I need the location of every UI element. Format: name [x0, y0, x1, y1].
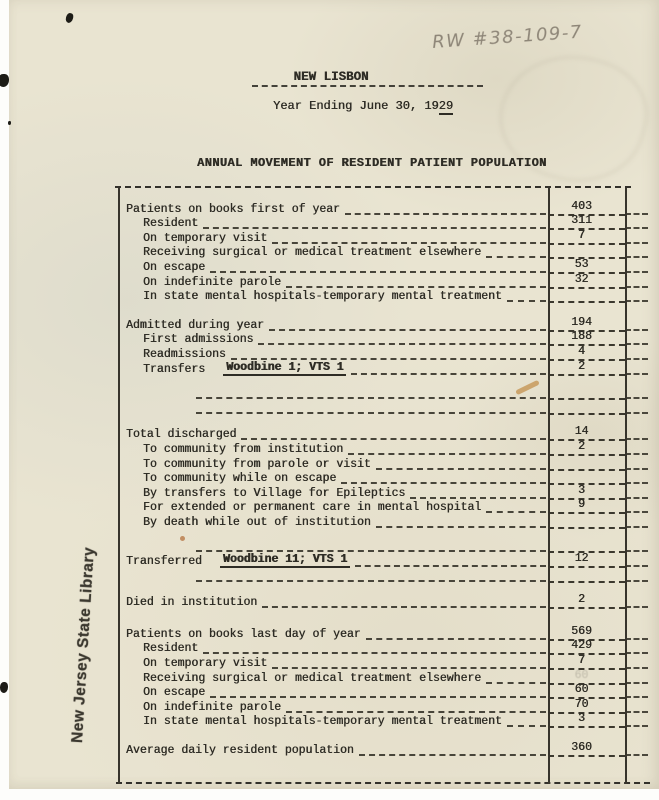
row-label: Receiving surgical or medical treatment …	[118, 672, 481, 685]
row-value: 2	[548, 361, 615, 373]
leader-tail	[625, 638, 648, 640]
leader-line	[210, 271, 546, 273]
row-label: Died in institution	[118, 596, 257, 609]
leader-tail	[625, 667, 648, 669]
leader-line	[486, 511, 546, 513]
row-label: Transfers	[118, 363, 205, 376]
leader-tail	[625, 329, 648, 331]
leader-tail	[625, 682, 648, 684]
leader-line	[376, 468, 546, 470]
table-row: In state mental hospitals-temporary ment…	[118, 714, 648, 729]
leader-line	[203, 652, 546, 654]
leader-line	[272, 242, 546, 244]
leader-tail	[625, 652, 648, 654]
leader-tail	[625, 482, 648, 484]
table-row: In state mental hospitals-temporary ment…	[118, 289, 648, 304]
leader-tail	[625, 397, 648, 399]
leader-line	[486, 682, 546, 684]
value-cell: 3	[548, 712, 625, 729]
leader-tail	[625, 497, 648, 499]
value-cell: 360	[548, 740, 625, 757]
leader-line	[196, 412, 546, 414]
document-subtitle: Year Ending June 30, 1929	[273, 99, 453, 113]
leader-line	[486, 256, 546, 258]
value-cell	[548, 398, 625, 415]
row-value: 311	[548, 215, 615, 227]
row-label: Total discharged	[118, 428, 236, 441]
table-row: TransfersWoodbine 1; VTS 12	[118, 361, 648, 376]
row-value: 2	[548, 594, 615, 606]
row-value: 7	[548, 230, 615, 242]
row-value: 194	[548, 317, 615, 329]
row-value: 2	[548, 441, 615, 453]
leader-line	[286, 286, 546, 288]
row-label: In state mental hospitals-temporary ment…	[118, 290, 502, 303]
document-title: NEW LISBON	[271, 70, 391, 84]
leader-line	[366, 638, 546, 640]
value-cell	[548, 512, 625, 529]
leader-tail	[625, 271, 648, 273]
table-row	[118, 400, 648, 415]
subtitle-underlined-year: 29	[439, 99, 453, 115]
row-value: 360	[548, 742, 615, 754]
value-cell	[548, 566, 625, 583]
leader-line	[272, 667, 546, 669]
row-label: By transfers to Village for Epileptics	[118, 487, 405, 500]
leader-tail	[625, 242, 648, 244]
ink-speck	[0, 74, 9, 87]
leader-tail	[625, 227, 648, 229]
table-row: Average daily resident population360	[118, 742, 648, 757]
row-label: On escape	[118, 686, 205, 699]
leader-line	[286, 711, 546, 713]
subtitle-text: Year Ending June 30, 19	[273, 99, 439, 113]
leader-tail	[625, 213, 648, 215]
row-value: 3	[548, 485, 615, 497]
leader-tail	[625, 606, 648, 608]
leader-line	[231, 358, 546, 360]
leader-line	[345, 213, 546, 215]
table-column-divider	[548, 188, 550, 784]
leader-line	[262, 606, 546, 608]
row-value: 14	[548, 426, 615, 438]
leader-line	[196, 397, 546, 399]
table-top-border	[115, 186, 631, 188]
leader-line	[203, 227, 546, 229]
leader-tail	[625, 711, 648, 713]
leader-tail	[625, 565, 648, 567]
leader-line	[341, 482, 546, 484]
leader-tail	[625, 580, 648, 582]
row-label: Average daily resident population	[118, 744, 354, 757]
leader-tail	[625, 696, 648, 698]
row-label: In state mental hospitals-temporary ment…	[118, 715, 502, 728]
row-value: 7	[548, 655, 615, 667]
leader-line	[241, 438, 546, 440]
row-label: Transferred	[118, 555, 202, 568]
table-row: By death while out of institution	[118, 514, 648, 529]
row-label: For extended or permanent care in mental…	[118, 501, 481, 514]
row-value: 53	[548, 259, 615, 271]
row-value: 12	[548, 553, 615, 565]
value-cell: 2	[548, 359, 625, 376]
leader-tail	[625, 468, 648, 470]
row-label: Readmissions	[118, 348, 226, 361]
table-right-border	[625, 188, 627, 784]
row-label: Resident	[118, 217, 198, 230]
row-label: To community while on escape	[118, 472, 336, 485]
row-label: On indefinite parole	[118, 276, 281, 289]
section-heading: ANNUAL MOVEMENT OF RESIDENT PATIENT POPU…	[197, 156, 547, 170]
row-value: 4	[548, 346, 615, 358]
leader-tail	[625, 343, 648, 345]
row-label-bold: Woodbine 1; VTS 1	[223, 361, 346, 376]
leader-tail	[625, 300, 648, 302]
leader-tail	[625, 754, 648, 756]
row-label: Patients on books last day of year	[118, 628, 361, 641]
row-label: Admitted during year	[118, 319, 264, 332]
ink-speck	[0, 682, 8, 693]
row-label: On escape	[118, 261, 205, 274]
row-label: By death while out of institution	[118, 516, 371, 529]
value-cell: 2	[548, 593, 625, 610]
row-value: 429	[548, 640, 615, 652]
row-label: To community from institution	[118, 443, 343, 456]
leader-tail	[625, 373, 648, 375]
leader-tail	[625, 286, 648, 288]
leader-tail	[625, 453, 648, 455]
leader-tail	[625, 511, 648, 513]
row-label: On indefinite parole	[118, 701, 281, 714]
row-value: 569	[548, 626, 615, 638]
leader-line	[359, 754, 546, 756]
scanned-document-page: RW #38-109-7 NEW LISBON Year Ending June…	[0, 0, 659, 800]
leader-line	[196, 580, 546, 582]
leader-line	[258, 343, 546, 345]
row-value: 3	[548, 713, 615, 725]
leader-line	[210, 696, 546, 698]
leader-tail	[625, 526, 648, 528]
row-value: 60	[548, 684, 615, 696]
leader-tail	[625, 550, 648, 552]
row-value: 9	[548, 499, 615, 511]
leader-tail	[625, 256, 648, 258]
leader-tail	[625, 725, 648, 727]
table-row: Died in institution2	[118, 595, 648, 610]
leader-line	[269, 329, 546, 331]
row-value: 60	[548, 670, 615, 682]
row-label: Receiving surgical or medical treatment …	[118, 246, 481, 259]
leader-tail	[625, 438, 648, 440]
title-underline	[252, 85, 483, 87]
table-rows: Patients on books first of year403Reside…	[118, 188, 648, 757]
leader-line	[410, 497, 546, 499]
leader-line	[196, 550, 546, 552]
row-label: On temporary visit	[118, 232, 267, 245]
leader-line	[351, 373, 546, 375]
row-label: First admissions	[118, 333, 253, 346]
row-label-bold: Woodbine 11; VTS 1	[220, 553, 350, 568]
row-value: 188	[548, 331, 615, 343]
row-value: 403	[548, 201, 615, 213]
leader-line	[507, 725, 546, 727]
leader-line	[355, 565, 546, 567]
leader-line	[376, 526, 546, 528]
row-label: Resident	[118, 642, 198, 655]
table-bottom-border	[116, 782, 650, 784]
table-row	[118, 568, 648, 583]
leader-tail	[625, 412, 648, 414]
row-label: Patients on books first of year	[118, 203, 340, 216]
table-left-border	[118, 188, 120, 784]
leader-line	[507, 300, 546, 302]
patient-population-table: Patients on books first of year403Reside…	[118, 188, 625, 784]
leader-line	[348, 453, 546, 455]
row-value: 70	[548, 699, 615, 711]
value-cell	[548, 287, 625, 304]
leader-tail	[625, 358, 648, 360]
row-value: 32	[548, 274, 615, 286]
row-label: On temporary visit	[118, 657, 267, 670]
row-label: To community from parole or visit	[118, 458, 371, 471]
